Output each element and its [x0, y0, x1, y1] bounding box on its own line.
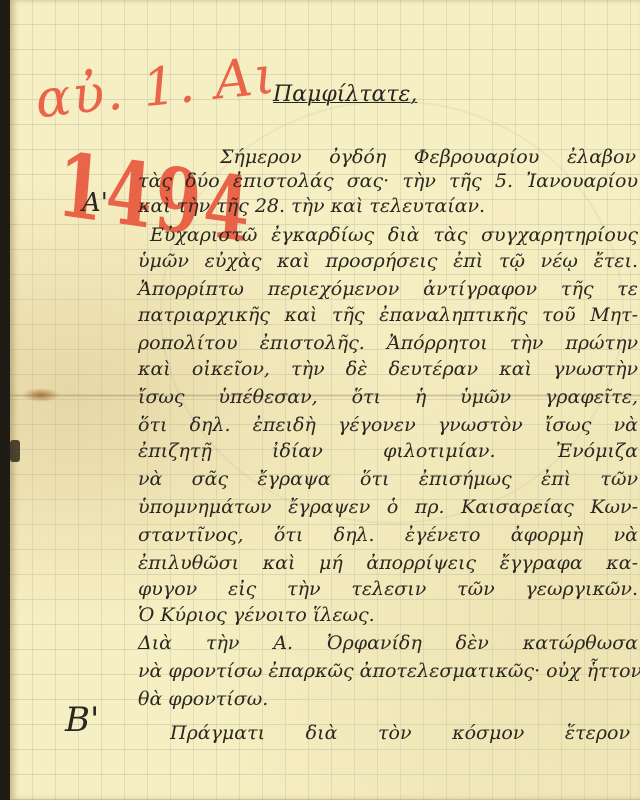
- letter-line-2: τὰς δύο ἐπιστολάς σας· τὴν τῆς 5. Ἰανουα…: [138, 170, 638, 192]
- letter-line-3: καὶ τὴν τῆς 28. τὴν καὶ τελευταίαν.: [138, 195, 468, 217]
- letter-line-6: Ἀπορρίπτω περιεχόμενον ἀντίγραφον τῆς τε: [138, 278, 638, 300]
- letter-line-1: Σήμερον ὀγδόη Φεβρουαρίου ἐλαβον: [220, 146, 636, 168]
- letter-line-12: ἐπιζητῇ ἰδίαν φιλοτιμίαν. Ἐνόμιζα: [138, 440, 638, 462]
- letter-page: αὐ. 1. Αι 1494 Παμφίλτατε, Α' Β' Σήμερον…: [10, 0, 640, 800]
- letter-line-14: ὑπομνημάτων ἔγραψεν ὁ πρ. Καισαρείας Κων…: [138, 496, 638, 518]
- letter-line-5: ὑμῶν εὐχὰς καὶ προσρήσεις ἐπὶ τῷ νέῳ ἔτε…: [138, 250, 638, 272]
- red-pencil-reference: αὐ. 1. Αι: [33, 46, 280, 131]
- letter-line-21: θὰ φροντίσω.: [138, 688, 318, 710]
- salutation: Παμφίλτατε,: [273, 82, 417, 107]
- letter-line-4: Εὐχαριστῶ ἐγκαρδίως διὰ τὰς συγχαρητηρίο…: [150, 224, 638, 246]
- paper-stain: [22, 388, 60, 402]
- paper-tear-mark: [10, 440, 20, 462]
- letter-line-11: ὅτι δηλ. ἐπειδὴ γέγονεν γνωστὸν ἴσως νὰ: [138, 414, 638, 436]
- letter-line-20: νὰ φροντίσω ἐπαρκῶς ἀποτελεσματικῶς· οὐχ…: [138, 660, 638, 682]
- letter-line-7: πατριαρχικῆς καὶ τῆς ἐπαναληπτικῆς τοῦ Μ…: [138, 304, 638, 326]
- letter-line-17: φυγον εἰς τὴν τελεσιν τῶν γεωργικῶν.: [138, 578, 638, 600]
- letter-line-16: ἐπιλυθῶσι καὶ μή ἀπορρίψεις ἔγγραφα κα-: [138, 552, 638, 574]
- letter-line-13: νὰ σᾶς ἔγραψα ὅτι ἐπισήμως ἐπὶ τῶν: [138, 468, 638, 490]
- letter-line-8: ροπολίτου ἐπιστολῆς. Ἀπόρρητοι τὴν πρώτη…: [138, 332, 638, 354]
- letter-line-18: Ὁ Κύριος γένοιτο ἵλεως.: [138, 604, 398, 626]
- letter-line-10: ἴσως ὑπέθεσαν, ὅτι ἡ ὑμῶν γραφεῖτε,: [138, 386, 638, 408]
- letter-line-19: Διὰ τὴν Α. Ὀρφανίδη δὲν κατώρθωσα: [138, 632, 638, 654]
- letter-line-15: σταντῖνος, ὅτι δηλ. ἐγένετο ἀφορμὴ νὰ: [138, 524, 638, 546]
- letter-line-22: Πράγματι διὰ τὸν κόσμον ἕτερον: [170, 722, 630, 744]
- letter-line-9: καὶ οἰκεῖον, τὴν δὲ δευτέραν καὶ γνωστὴν: [138, 358, 638, 380]
- section-marker-a: Α': [82, 188, 108, 218]
- section-marker-b: Β': [65, 700, 99, 740]
